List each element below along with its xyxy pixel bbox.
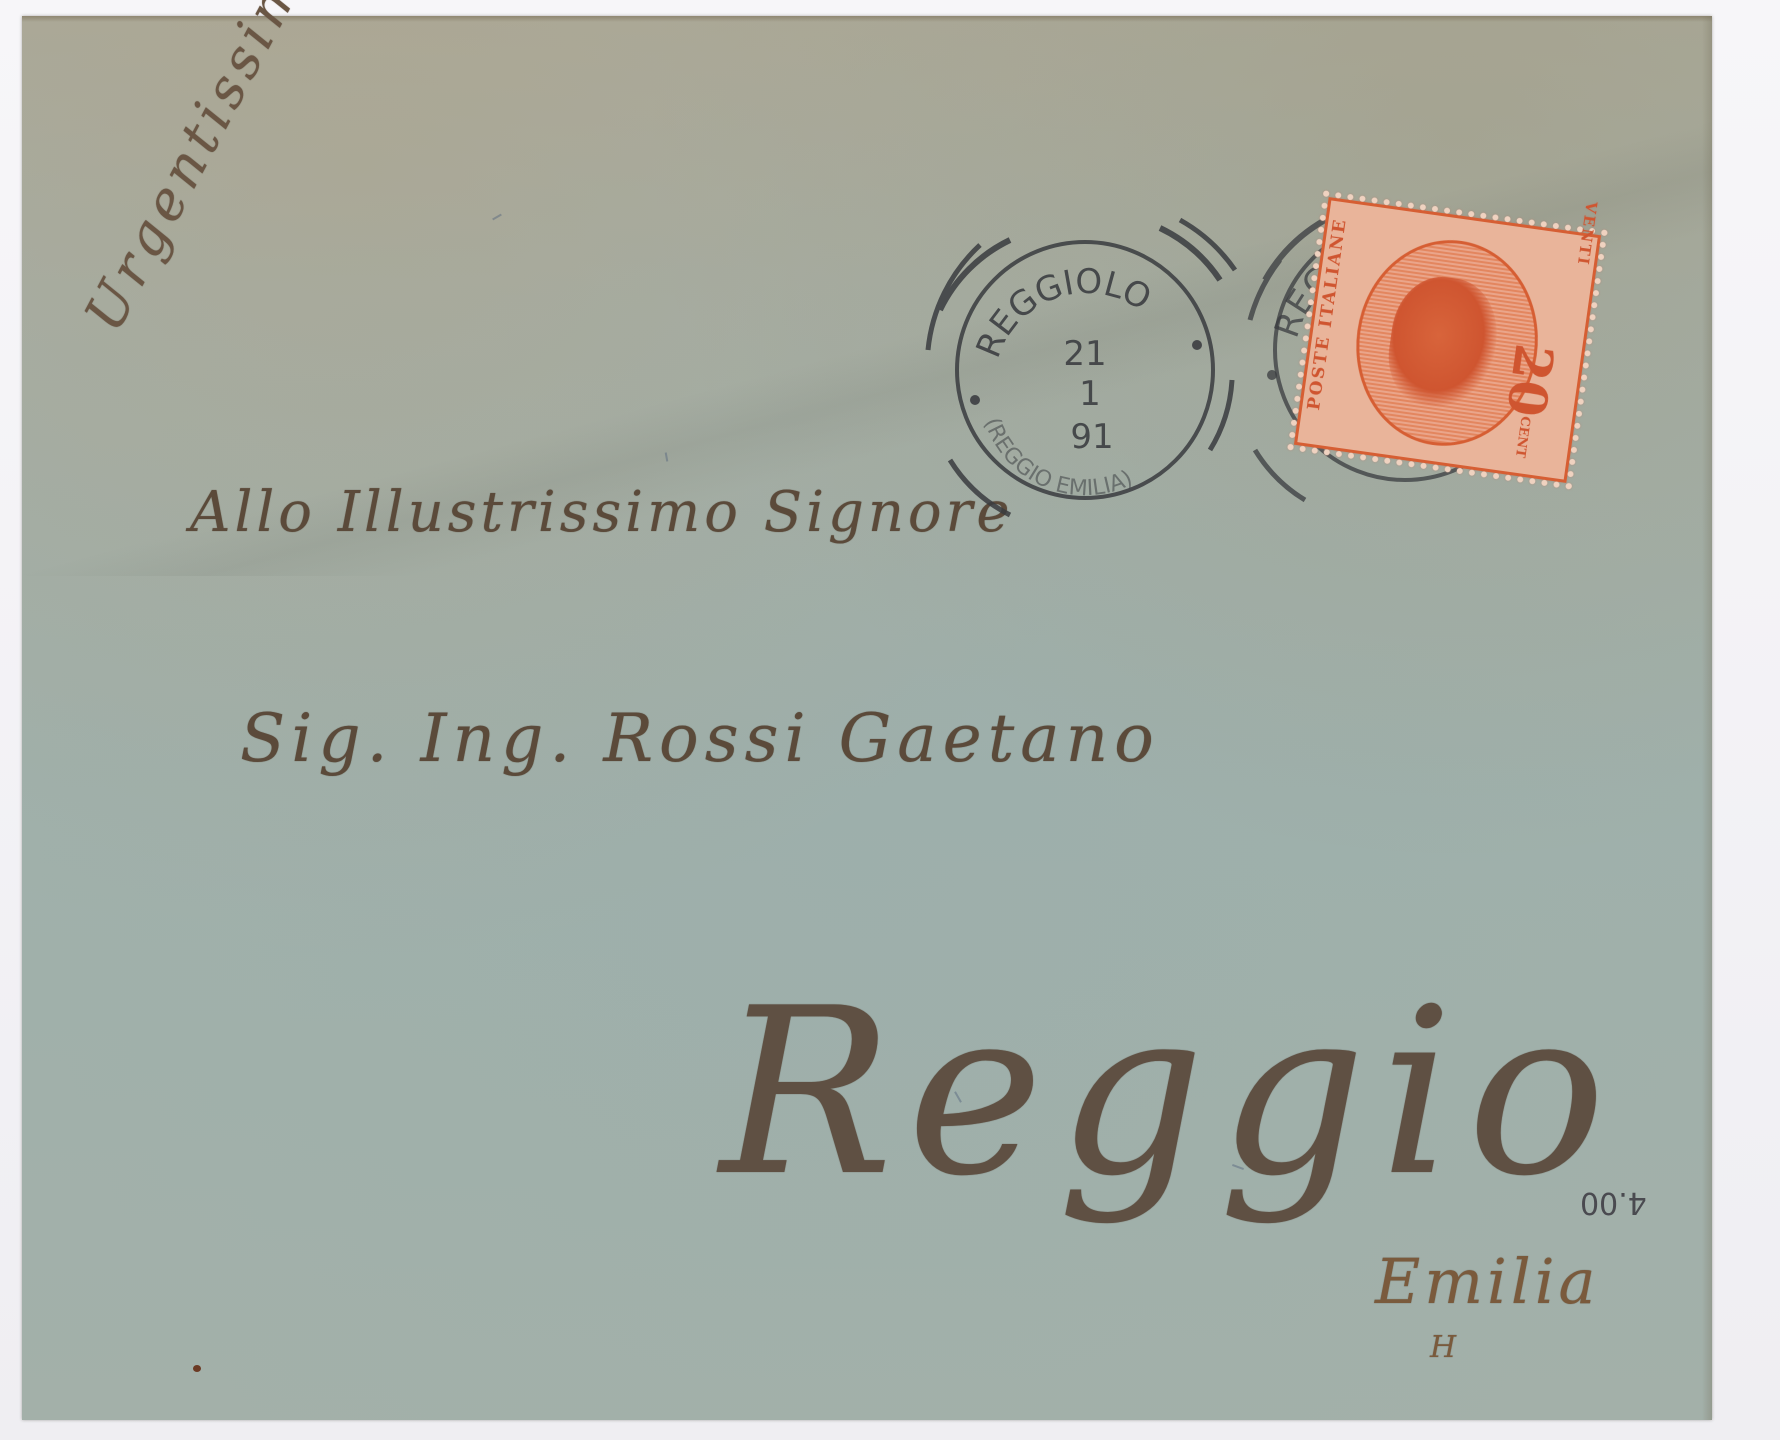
stamp-unit: CENT	[1512, 415, 1533, 458]
address-recipient: Sig. Ing. Rossi Gaetano	[240, 700, 1160, 777]
address-underline-mark: H	[1430, 1330, 1456, 1365]
postmark-day: 21	[1063, 334, 1106, 374]
postmark-reggiolo: REGGIOLO 21 1 91 (REGGIO EMILIA)	[920, 200, 1250, 530]
address-salutation: Allo Illustrissimo Signore	[190, 480, 1014, 545]
paper-fiber	[492, 214, 502, 221]
postmark-year: 91	[1070, 417, 1113, 457]
stamp-value: 20	[1494, 340, 1564, 420]
pencil-price-note: 4.00	[1580, 1185, 1647, 1220]
postage-stamp: POSTE ITALIANE VENTI 20 CENT	[1294, 197, 1601, 483]
postmark-month: 1	[1079, 374, 1101, 414]
foxing-spot	[193, 1365, 201, 1372]
paper-fiber	[665, 452, 669, 461]
address-region: Emilia	[1375, 1245, 1600, 1318]
address-city: Reggio	[720, 960, 1620, 1227]
